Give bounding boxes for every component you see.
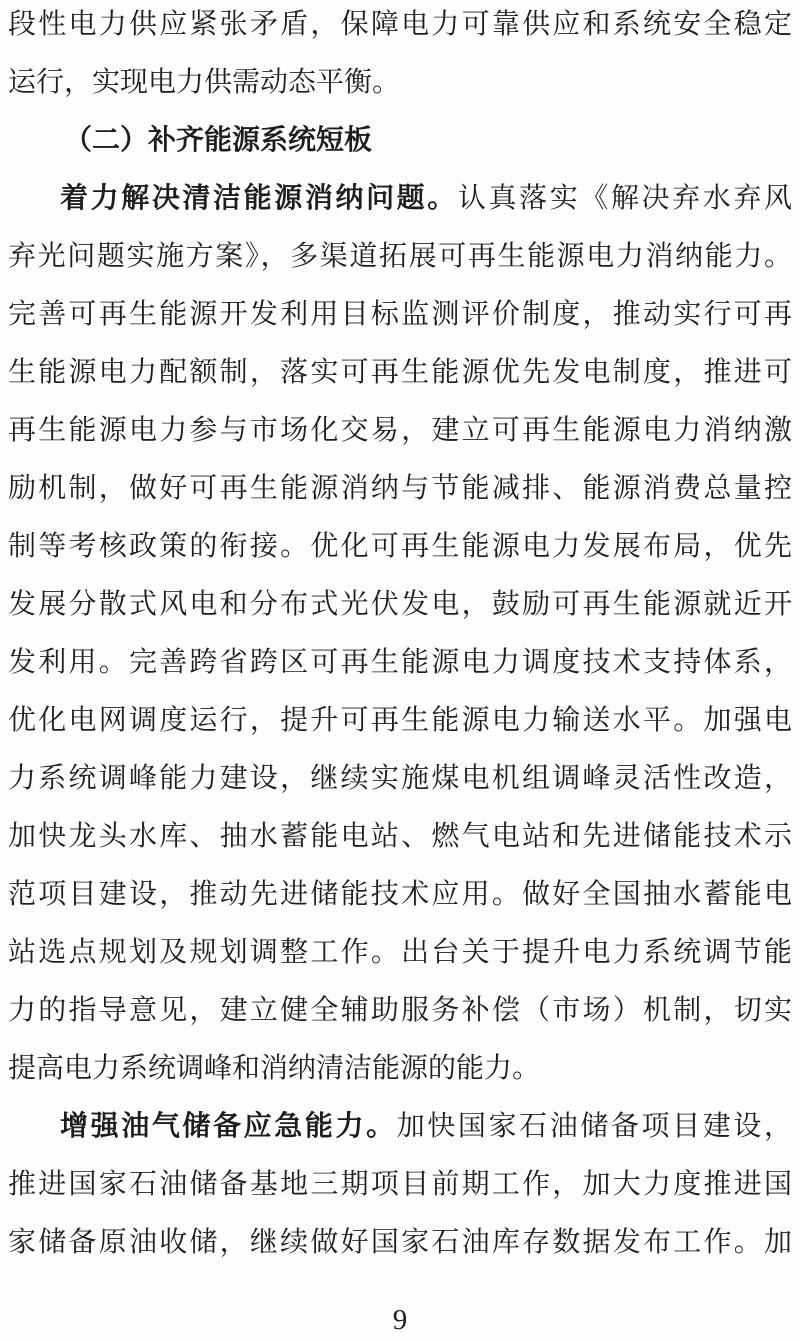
body-line: 弃光问题实施方案》，多渠道拓展可再生能源电力消纳能力。: [8, 228, 792, 286]
body-line: 制等考核政策的衔接。优化可再生能源电力发展布局，优先: [8, 518, 792, 576]
body-line: 推进国家石油储备基地三期项目前期工作，加大力度推进国: [8, 1156, 792, 1214]
body-line: 提高电力系统调峰和消纳清洁能源的能力。: [8, 1040, 792, 1098]
section-heading: （二）补齐能源系统短板: [8, 112, 792, 170]
body-line: 发利用。完善跨省跨区可再生能源电力调度技术支持体系，: [8, 634, 792, 692]
body-line: 优化电网调度运行，提升可再生能源电力输送水平。加强电: [8, 692, 792, 750]
paragraph-oil-gas-reserve: 增强油气储备应急能力。加快国家石油储备项目建设， 推进国家石油储备基地三期项目前…: [8, 1098, 792, 1272]
body-text: 认真落实《解决弃水弃风: [458, 183, 792, 214]
page-number: 9: [8, 1300, 792, 1340]
paragraph-bold-lead: 增强油气储备应急能力。: [60, 1111, 397, 1142]
body-text: 加快国家石油储备项目建设，: [397, 1111, 792, 1142]
body-line: 站选点规划及规划调整工作。出台关于提升电力系统调节能: [8, 924, 792, 982]
body-line: 段性电力供应紧张矛盾，保障电力可靠供应和系统安全稳定: [8, 0, 792, 54]
body-line: 再生能源电力参与市场化交易，建立可再生能源电力消纳激: [8, 402, 792, 460]
body-line: 励机制，做好可再生能源消纳与节能减排、能源消费总量控: [8, 460, 792, 518]
body-line: 加快龙头水库、抽水蓄能电站、燃气电站和先进储能技术示: [8, 808, 792, 866]
body-line: 运行，实现电力供需动态平衡。: [8, 54, 792, 112]
paragraph-bold-lead: 着力解决清洁能源消纳问题。: [60, 183, 458, 214]
document-page: 段性电力供应紧张矛盾，保障电力可靠供应和系统安全稳定 运行，实现电力供需动态平衡…: [0, 0, 800, 1340]
body-line: 力的指导意见，建立健全辅助服务补偿（市场）机制，切实: [8, 982, 792, 1040]
body-line: 生能源电力配额制，落实可再生能源优先发电制度，推进可: [8, 344, 792, 402]
body-line: 家储备原油收储，继续做好国家石油库存数据发布工作。加: [8, 1214, 792, 1272]
body-line: 发展分散式风电和分布式光伏发电，鼓励可再生能源就近开: [8, 576, 792, 634]
body-line: 增强油气储备应急能力。加快国家石油储备项目建设，: [8, 1098, 792, 1156]
body-line: 着力解决清洁能源消纳问题。认真落实《解决弃水弃风: [8, 170, 792, 228]
paragraph-power-supply-continuation: 段性电力供应紧张矛盾，保障电力可靠供应和系统安全稳定 运行，实现电力供需动态平衡…: [8, 0, 792, 112]
body-line: 范项目建设，推动先进储能技术应用。做好全国抽水蓄能电: [8, 866, 792, 924]
body-line: 完善可再生能源开发利用目标监测评价制度，推动实行可再: [8, 286, 792, 344]
body-line: 力系统调峰能力建设，继续实施煤电机组调峰灵活性改造，: [8, 750, 792, 808]
paragraph-clean-energy-consumption: 着力解决清洁能源消纳问题。认真落实《解决弃水弃风 弃光问题实施方案》，多渠道拓展…: [8, 170, 792, 1098]
